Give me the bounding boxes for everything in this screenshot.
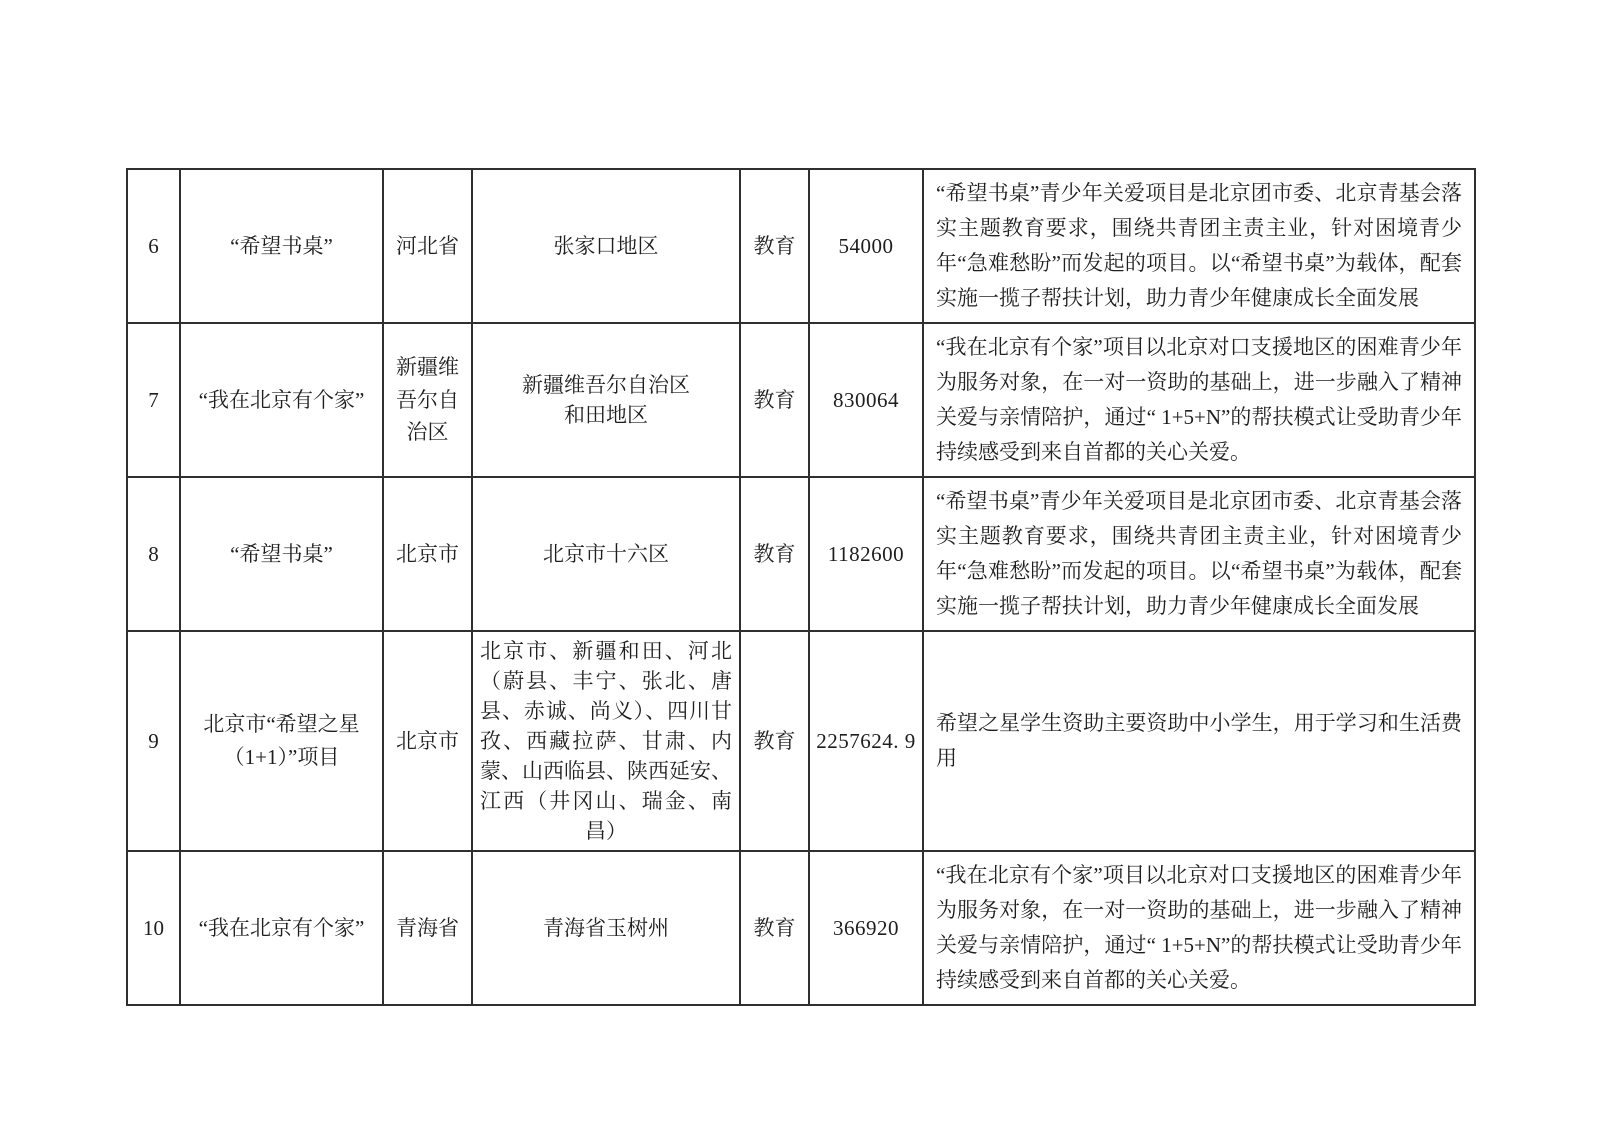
cell-province: 新疆维吾尔自治区 [383,323,472,477]
cell-province: 北京市 [383,477,472,631]
cell-description: “我在北京有个家”项目以北京对口支援地区的困难青少年为服务对象，在一对一资助的基… [923,323,1475,477]
cell-region: 青海省玉树州 [472,851,740,1005]
cell-project-name: “希望书桌” [180,169,383,323]
cell-province: 青海省 [383,851,472,1005]
cell-category: 教育 [740,851,809,1005]
cell-row-number: 8 [127,477,180,631]
projects-table: 6 “希望书桌” 河北省 张家口地区 教育 54000 “希望书桌”青少年关爱项… [126,168,1476,1006]
cell-row-number: 9 [127,631,180,851]
table-row: 6 “希望书桌” 河北省 张家口地区 教育 54000 “希望书桌”青少年关爱项… [127,169,1475,323]
cell-category: 教育 [740,631,809,851]
cell-row-number: 6 [127,169,180,323]
table-row: 9 北京市“希望之星（1+1）”项目 北京市 北京市、新疆和田、河北（蔚县、丰宁… [127,631,1475,851]
table-row: 10 “我在北京有个家” 青海省 青海省玉树州 教育 366920 “我在北京有… [127,851,1475,1005]
table-row: 7 “我在北京有个家” 新疆维吾尔自治区 新疆维吾尔自治区 和田地区 教育 83… [127,323,1475,477]
cell-region: 新疆维吾尔自治区 和田地区 [472,323,740,477]
cell-row-number: 7 [127,323,180,477]
cell-project-name: “我在北京有个家” [180,323,383,477]
cell-row-number: 10 [127,851,180,1005]
cell-project-name: “我在北京有个家” [180,851,383,1005]
cell-region: 张家口地区 [472,169,740,323]
table-row: 8 “希望书桌” 北京市 北京市十六区 教育 1182600 “希望书桌”青少年… [127,477,1475,631]
cell-description: “希望书桌”青少年关爱项目是北京团市委、北京青基会落实主题教育要求，围绕共青团主… [923,477,1475,631]
cell-description: “我在北京有个家”项目以北京对口支援地区的困难青少年为服务对象，在一对一资助的基… [923,851,1475,1005]
cell-project-name: 北京市“希望之星（1+1）”项目 [180,631,383,851]
cell-description: 希望之星学生资助主要资助中小学生，用于学习和生活费用 [923,631,1475,851]
cell-amount: 54000 [809,169,923,323]
cell-project-name: “希望书桌” [180,477,383,631]
cell-amount: 2257624. 9 [809,631,923,851]
cell-amount: 366920 [809,851,923,1005]
cell-category: 教育 [740,169,809,323]
cell-province: 北京市 [383,631,472,851]
cell-region: 北京市十六区 [472,477,740,631]
cell-province: 河北省 [383,169,472,323]
cell-description: “希望书桌”青少年关爱项目是北京团市委、北京青基会落实主题教育要求，围绕共青团主… [923,169,1475,323]
cell-amount: 1182600 [809,477,923,631]
cell-amount: 830064 [809,323,923,477]
cell-category: 教育 [740,323,809,477]
cell-category: 教育 [740,477,809,631]
cell-region: 北京市、新疆和田、河北（蔚县、丰宁、张北、唐县、赤诚、尚义）、四川甘孜、西藏拉萨… [472,631,740,851]
